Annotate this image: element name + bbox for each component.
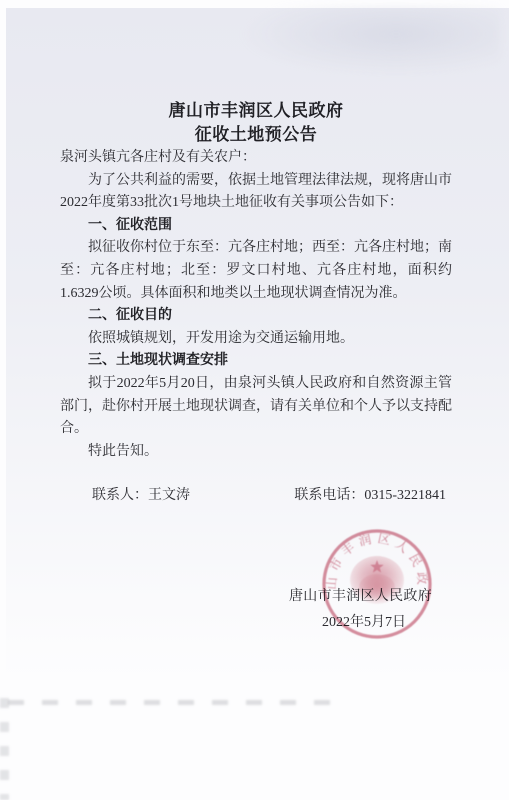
doc-title-line2: 征收土地预公告: [60, 123, 452, 147]
scan-artifact-top-smudge: [240, 6, 500, 76]
section2-heading: 二、征收目的: [60, 305, 452, 328]
section1-heading: 一、征收范围: [60, 215, 452, 238]
contact-row: 联系人：王文涛 联系电话：0315-3221841: [60, 485, 452, 508]
section2-body: 依照城镇规划，开发用途为交通运输用地。: [60, 328, 452, 351]
closing-line: 特此告知。: [60, 441, 452, 464]
official-red-seal: 唐山市丰润区人民政府: [319, 527, 435, 643]
contact-phone: 联系电话：0315-3221841: [294, 485, 446, 508]
scanned-document-page: 唐山市丰润区人民政府 征收土地预公告 泉河头镇亢各庄村及有关农户： 为了公共利益…: [0, 0, 509, 800]
section3-heading: 三、土地现状调查安排: [60, 350, 452, 373]
scan-artifact-left-edge: [0, 698, 9, 800]
seal-emblem-blob-2: [359, 574, 395, 600]
doc-title-line1: 唐山市丰润区人民政府: [60, 99, 452, 123]
section3-body: 拟于2022年5月20日，由泉河头镇人民政府和自然资源主管部门，赴你村开展土地现…: [60, 373, 452, 441]
document-body: 唐山市丰润区人民政府 征收土地预公告 泉河头镇亢各庄村及有关农户： 为了公共利益…: [60, 99, 452, 508]
intro-paragraph: 为了公共利益的需要，依据土地管理法律法规，现将唐山市2022年度第33批次1号地…: [60, 170, 452, 215]
contact-person: 联系人：王文涛: [92, 485, 190, 508]
scan-artifact-bottom-line: [8, 700, 338, 705]
section1-body: 拟征收你村位于东至：亢各庄村地；西至：亢各庄村地；南至：亢各庄村地；北至：罗文口…: [60, 237, 452, 305]
salutation: 泉河头镇亢各庄村及有关农户：: [60, 147, 452, 170]
